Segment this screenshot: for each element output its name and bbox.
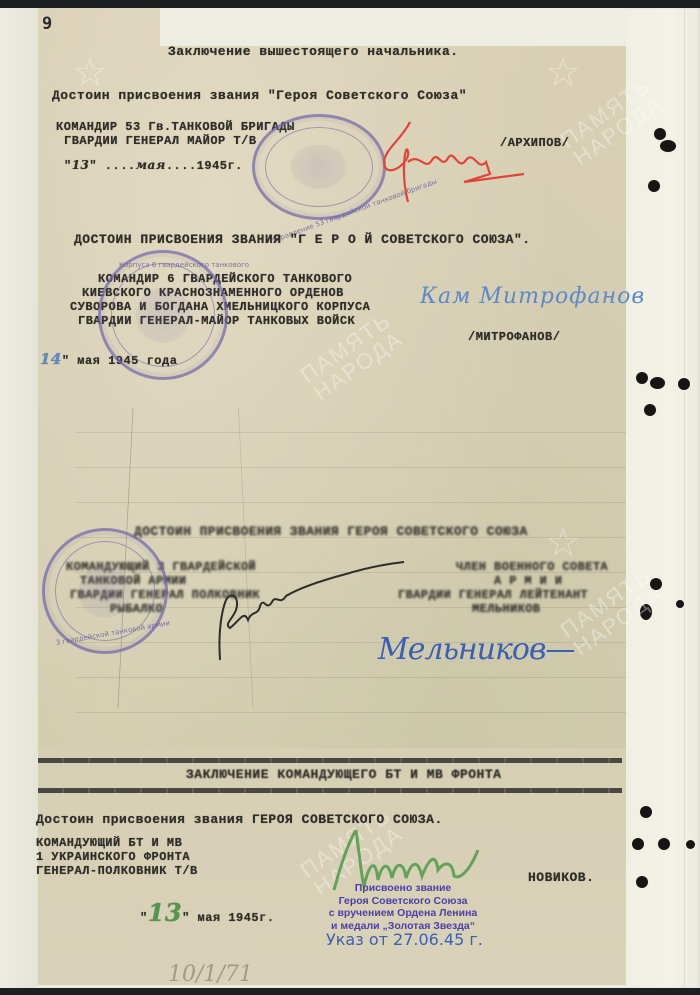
section3-right-line: А Р М И И [494, 574, 562, 588]
section3-verdict: ДОСТОИН ПРИСВОЕНИЯ ЗВАНИЯ ГЕРОЯ СОВЕТСКО… [134, 524, 528, 539]
section2-signer-name: /МИТРОФАНОВ/ [468, 330, 560, 344]
watermark-star-icon: ☆ [545, 50, 581, 96]
section4-signer-line: ГЕНЕРАЛ-ПОЛКОВНИК Т/В [36, 864, 198, 878]
section4-date: "13" мая 1945г. [140, 898, 275, 927]
award-stamp-line: с вручением Ордена Ленина [318, 907, 488, 920]
corps-stamp: Корпуса 6 гвардейского танкового [98, 250, 228, 380]
section4-signer-line: 1 УКРАИНСКОГО ФРОНТА [36, 850, 190, 864]
binding-hole [658, 838, 670, 850]
binding-hole [686, 840, 695, 849]
binding-hole [636, 372, 648, 384]
binding-hole [644, 404, 656, 416]
binding-hole [650, 377, 665, 389]
double-rule-top [38, 758, 622, 763]
binding-hole [640, 806, 652, 818]
binding-hole [636, 876, 648, 888]
page-number: 9 [42, 14, 52, 34]
section1-signer-line: КОМАНДИР 53 Гв.ТАНКОВОЙ БРИГАДЫ [56, 120, 295, 134]
section3-right-line: ЧЛЕН ВОЕННОГО СОВЕТА [456, 560, 608, 574]
date-quote: " [64, 159, 72, 173]
date-dots: " .... [89, 159, 135, 173]
award-stamp-line: Героя Советского Союза [318, 895, 488, 908]
section3-right-line: ГВАРДИИ ГЕНЕРАЛ ЛЕЙТЕНАНТ [398, 588, 588, 602]
date-rest: " мая 1945г. [182, 911, 274, 925]
double-rule-bottom [38, 788, 622, 793]
section1-verdict: Достоин присвоения звания "Героя Советск… [52, 88, 467, 103]
decree-note: Указ от 27.06.45 г. [326, 930, 483, 949]
section1-heading: Заключение вышестоящего начальника. [168, 44, 459, 59]
section1-signer-line: ГВАРДИИ ГЕНЕРАЛ МАЙОР Т/В [64, 134, 257, 148]
section2-verdict: ДОСТОИН ПРИСВОЕНИЯ ЗВАНИЯ "Г Е Р О Й СОВ… [74, 232, 531, 247]
archipov-signature [370, 112, 530, 212]
award-stamp: Присвоено звание Героя Советского Союза … [318, 882, 488, 932]
section1-date: "13" ....мая....1945г. [64, 158, 243, 173]
binding-hole [660, 140, 676, 152]
binding-hole [632, 838, 644, 850]
mitrofanov-signature: Кам Митрофанов [420, 284, 645, 309]
date-day: 14 [40, 350, 62, 368]
binding-hole [648, 180, 660, 192]
top-blank-strip [160, 8, 626, 46]
brigade-stamp: Управление 53 гвардейской танковой брига… [252, 114, 386, 220]
date-day: 13 [148, 898, 182, 927]
section4-signer-name: НОВИКОВ. [528, 870, 594, 885]
binding-hole [676, 600, 684, 608]
binding-hole [654, 128, 666, 140]
left-margin-strip [0, 8, 38, 988]
section3-right-line: МЕЛЬНИКОВ [472, 602, 540, 616]
army-stamp: 3 гвардейской танковой армии [42, 528, 168, 654]
date-quote: " [140, 911, 148, 925]
date-year: ....1945г. [166, 159, 243, 173]
binding-hole [678, 378, 690, 390]
date-month: мая [136, 158, 166, 172]
award-stamp-line: Присвоено звание [318, 882, 488, 895]
section4-heading: ЗАКЛЮЧЕНИЕ КОМАНДУЮЩЕГО БТ И МВ ФРОНТА [186, 767, 501, 782]
stamp-text: Корпуса 6 гвардейского танкового [119, 261, 249, 269]
melnikov-signature: Мельников— [378, 632, 574, 667]
section4-signer-line: КОМАНДУЮЩИЙ БТ И МВ [36, 836, 182, 850]
date-day: 13 [72, 158, 90, 172]
pencil-note: 10/1/71 [168, 962, 253, 987]
